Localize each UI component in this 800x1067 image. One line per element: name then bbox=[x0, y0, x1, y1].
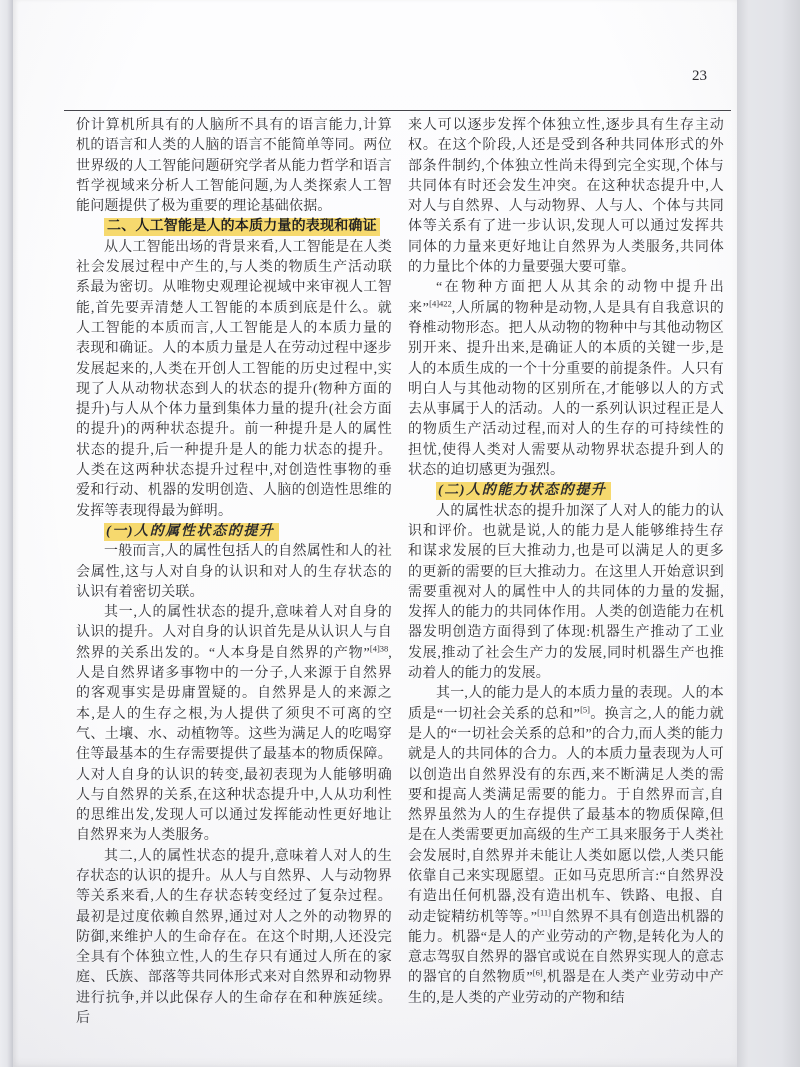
text-column-left: 价计算机所具有的人脑所不具有的语言能力,计算机的语言和人类的人脑的语言不能简单等… bbox=[76, 116, 392, 1029]
highlight-marker: 二、人工智能是人的本质力量的表现和确证 bbox=[104, 218, 380, 236]
citation-superscript: [11] bbox=[537, 907, 551, 917]
paragraph: 其一,人的属性状态的提升,意味着人对自身的认识的提升。人对自身的认识首先是从认识… bbox=[76, 603, 392, 847]
photo-right-margin bbox=[737, 0, 800, 1067]
paragraph: 一般而言,人的属性包括人的自然属性和人的社会属性,这与人对自身的认识和对人的生存… bbox=[76, 542, 392, 603]
subsection-heading: (一)人的属性状态的提升 bbox=[76, 522, 392, 542]
paragraph: 价计算机所具有的人脑所不具有的语言能力,计算机的语言和人类的人脑的语言不能简单等… bbox=[76, 116, 392, 217]
photo-left-margin bbox=[0, 0, 13, 1067]
paragraph: 人的属性状态的提升加深了人对人的能力的认识和评价。也就是说,人的能力是人能够维持… bbox=[408, 502, 724, 685]
text-column-right: 来人可以逐步发挥个体独立性,逐步具有生存主动权。在这个阶段,人还是受到各种共同体… bbox=[408, 116, 724, 1009]
citation-superscript: [5] bbox=[580, 704, 590, 714]
page-number: 23 bbox=[692, 68, 707, 85]
highlight-marker: (二)人的能力状态的提升 bbox=[436, 482, 611, 500]
subsection-heading: (二)人的能力状态的提升 bbox=[408, 481, 724, 501]
section-heading: 二、人工智能是人的本质力量的表现和确证 bbox=[76, 217, 392, 237]
highlight-marker: (一)人的属性状态的提升 bbox=[104, 523, 279, 541]
paragraph: 其二,人的属性状态的提升,意味着人对人的生存状态的认识的提升。从人与自然界、人与… bbox=[76, 847, 392, 1030]
document-page: 23 价计算机所具有的人脑所不具有的语言能力,计算机的语言和人类的人脑的语言不能… bbox=[13, 0, 737, 1067]
citation-superscript: [6] bbox=[533, 968, 543, 978]
citation-superscript: [4]38 bbox=[370, 643, 388, 653]
header-rule bbox=[64, 110, 731, 111]
paragraph: 从人工智能出场的背景来看,人工智能是在人类社会发展过程中产生的,与人类的物质生产… bbox=[76, 238, 392, 522]
paragraph: “在物种方面把人从其余的动物中提升出来”[4]422,人所属的物种是动物,人是具… bbox=[408, 278, 724, 481]
citation-superscript: [4]422 bbox=[429, 298, 452, 308]
paragraph: 来人可以逐步发挥个体独立性,逐步具有生存主动权。在这个阶段,人还是受到各种共同体… bbox=[408, 116, 724, 278]
paragraph: 其一,人的能力是人的本质力量的表现。人的本质是“一切社会关系的总和”[5]。换言… bbox=[408, 684, 724, 1009]
